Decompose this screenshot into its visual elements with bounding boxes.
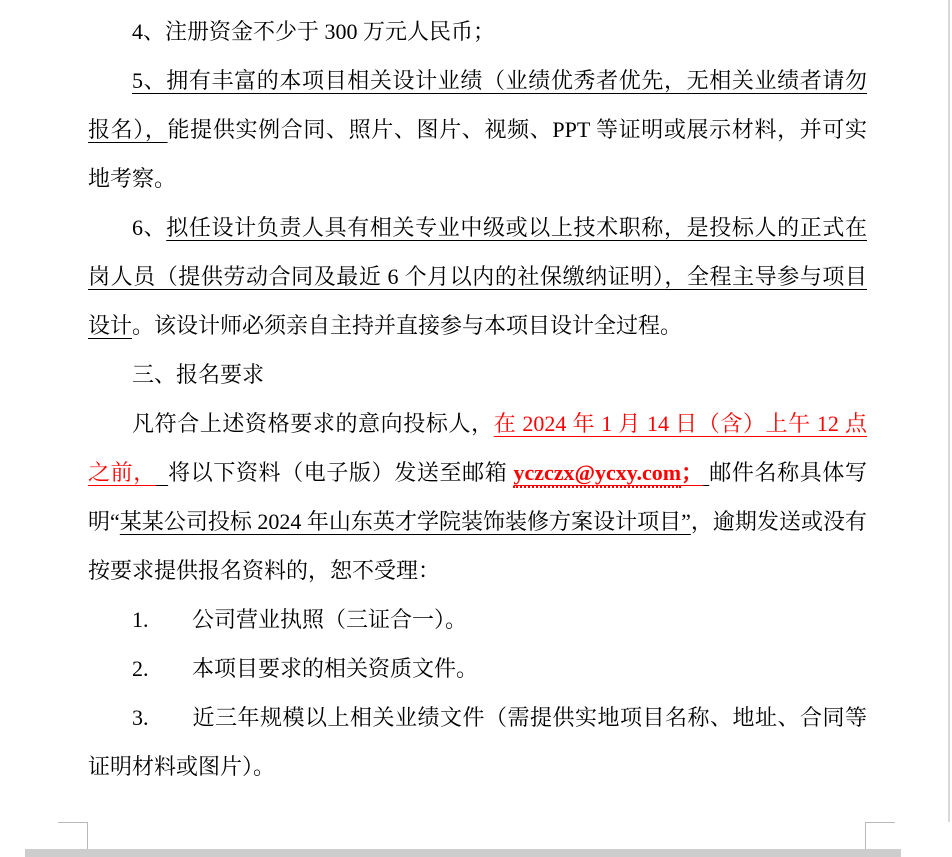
clause-5-text: 能提供实例合同、照片、图片、视频、PPT 等证明或展示材料，并可实地考察。: [88, 117, 867, 191]
list-item-3: 3.近三年规模以上相关业绩文件（需提供实地项目名称、地址、合同等证明材料或图片）…: [88, 693, 867, 791]
bottom-right-margin-mark: [865, 822, 895, 851]
list-item-1: 1.公司营业执照（三证合一）。: [88, 595, 867, 644]
document-body[interactable]: 4、注册资金不少于 300 万元人民币；5、拥有丰富的本项目相关设计业绩（业绩优…: [88, 7, 867, 791]
list-item-1-text: 公司营业执照（三证合一）。: [192, 607, 467, 632]
send-instruction-text: 将以下资料（电子版）发送至邮箱: [168, 460, 513, 485]
word-document-page: 4、注册资金不少于 300 万元人民币；5、拥有丰富的本项目相关设计业绩（业绩优…: [0, 0, 952, 857]
list-number: 2.: [132, 644, 192, 693]
list-item-2-text: 本项目要求的相关资质文件。: [192, 656, 478, 681]
email-semicolon: ；: [681, 460, 703, 485]
page-bottom-edge: [25, 849, 901, 857]
clause-4-text: 4、注册资金不少于 300 万元人民币；: [132, 19, 495, 44]
clause-6-number: 6、: [132, 215, 166, 240]
registration-intro-text: 凡符合上述资格要求的意向投标人，: [132, 411, 494, 436]
list-number: 1.: [132, 595, 192, 644]
clause-5: 5、拥有丰富的本项目相关设计业绩（业绩优秀者优先，无相关业绩者请勿报名），能提供…: [88, 56, 867, 203]
bottom-left-margin-mark: [58, 822, 88, 851]
email-address: yczczx@ycxy.com: [513, 460, 681, 488]
section-heading-text: 三、报名要求: [132, 362, 264, 387]
clause-6-text: 。该设计师必须亲自主持并直接参与本项目设计全过程。: [132, 313, 682, 338]
list-item-2: 2.本项目要求的相关资质文件。: [88, 644, 867, 693]
section-heading-3: 三、报名要求: [88, 350, 867, 399]
list-number: 3.: [132, 693, 192, 742]
registration-paragraph: 凡符合上述资格要求的意向投标人，在 2024 年 1 月 14 日（含）上午 1…: [88, 399, 867, 595]
underlined-space: [156, 460, 168, 485]
email-subject-text: 某某公司投标 2024 年山东英才学院装饰装修方案设计项目”: [120, 509, 691, 534]
clause-6: 6、拟任设计负责人具有相关专业中级或以上技术职称，是投标人的正式在岗人员（提供劳…: [88, 203, 867, 350]
clause-4: 4、注册资金不少于 300 万元人民币；: [88, 7, 867, 56]
list-item-3-text: 近三年规模以上相关业绩文件（需提供实地项目名称、地址、合同等证明材料或图片）。: [88, 705, 867, 779]
page-right-edge: [948, 0, 950, 822]
